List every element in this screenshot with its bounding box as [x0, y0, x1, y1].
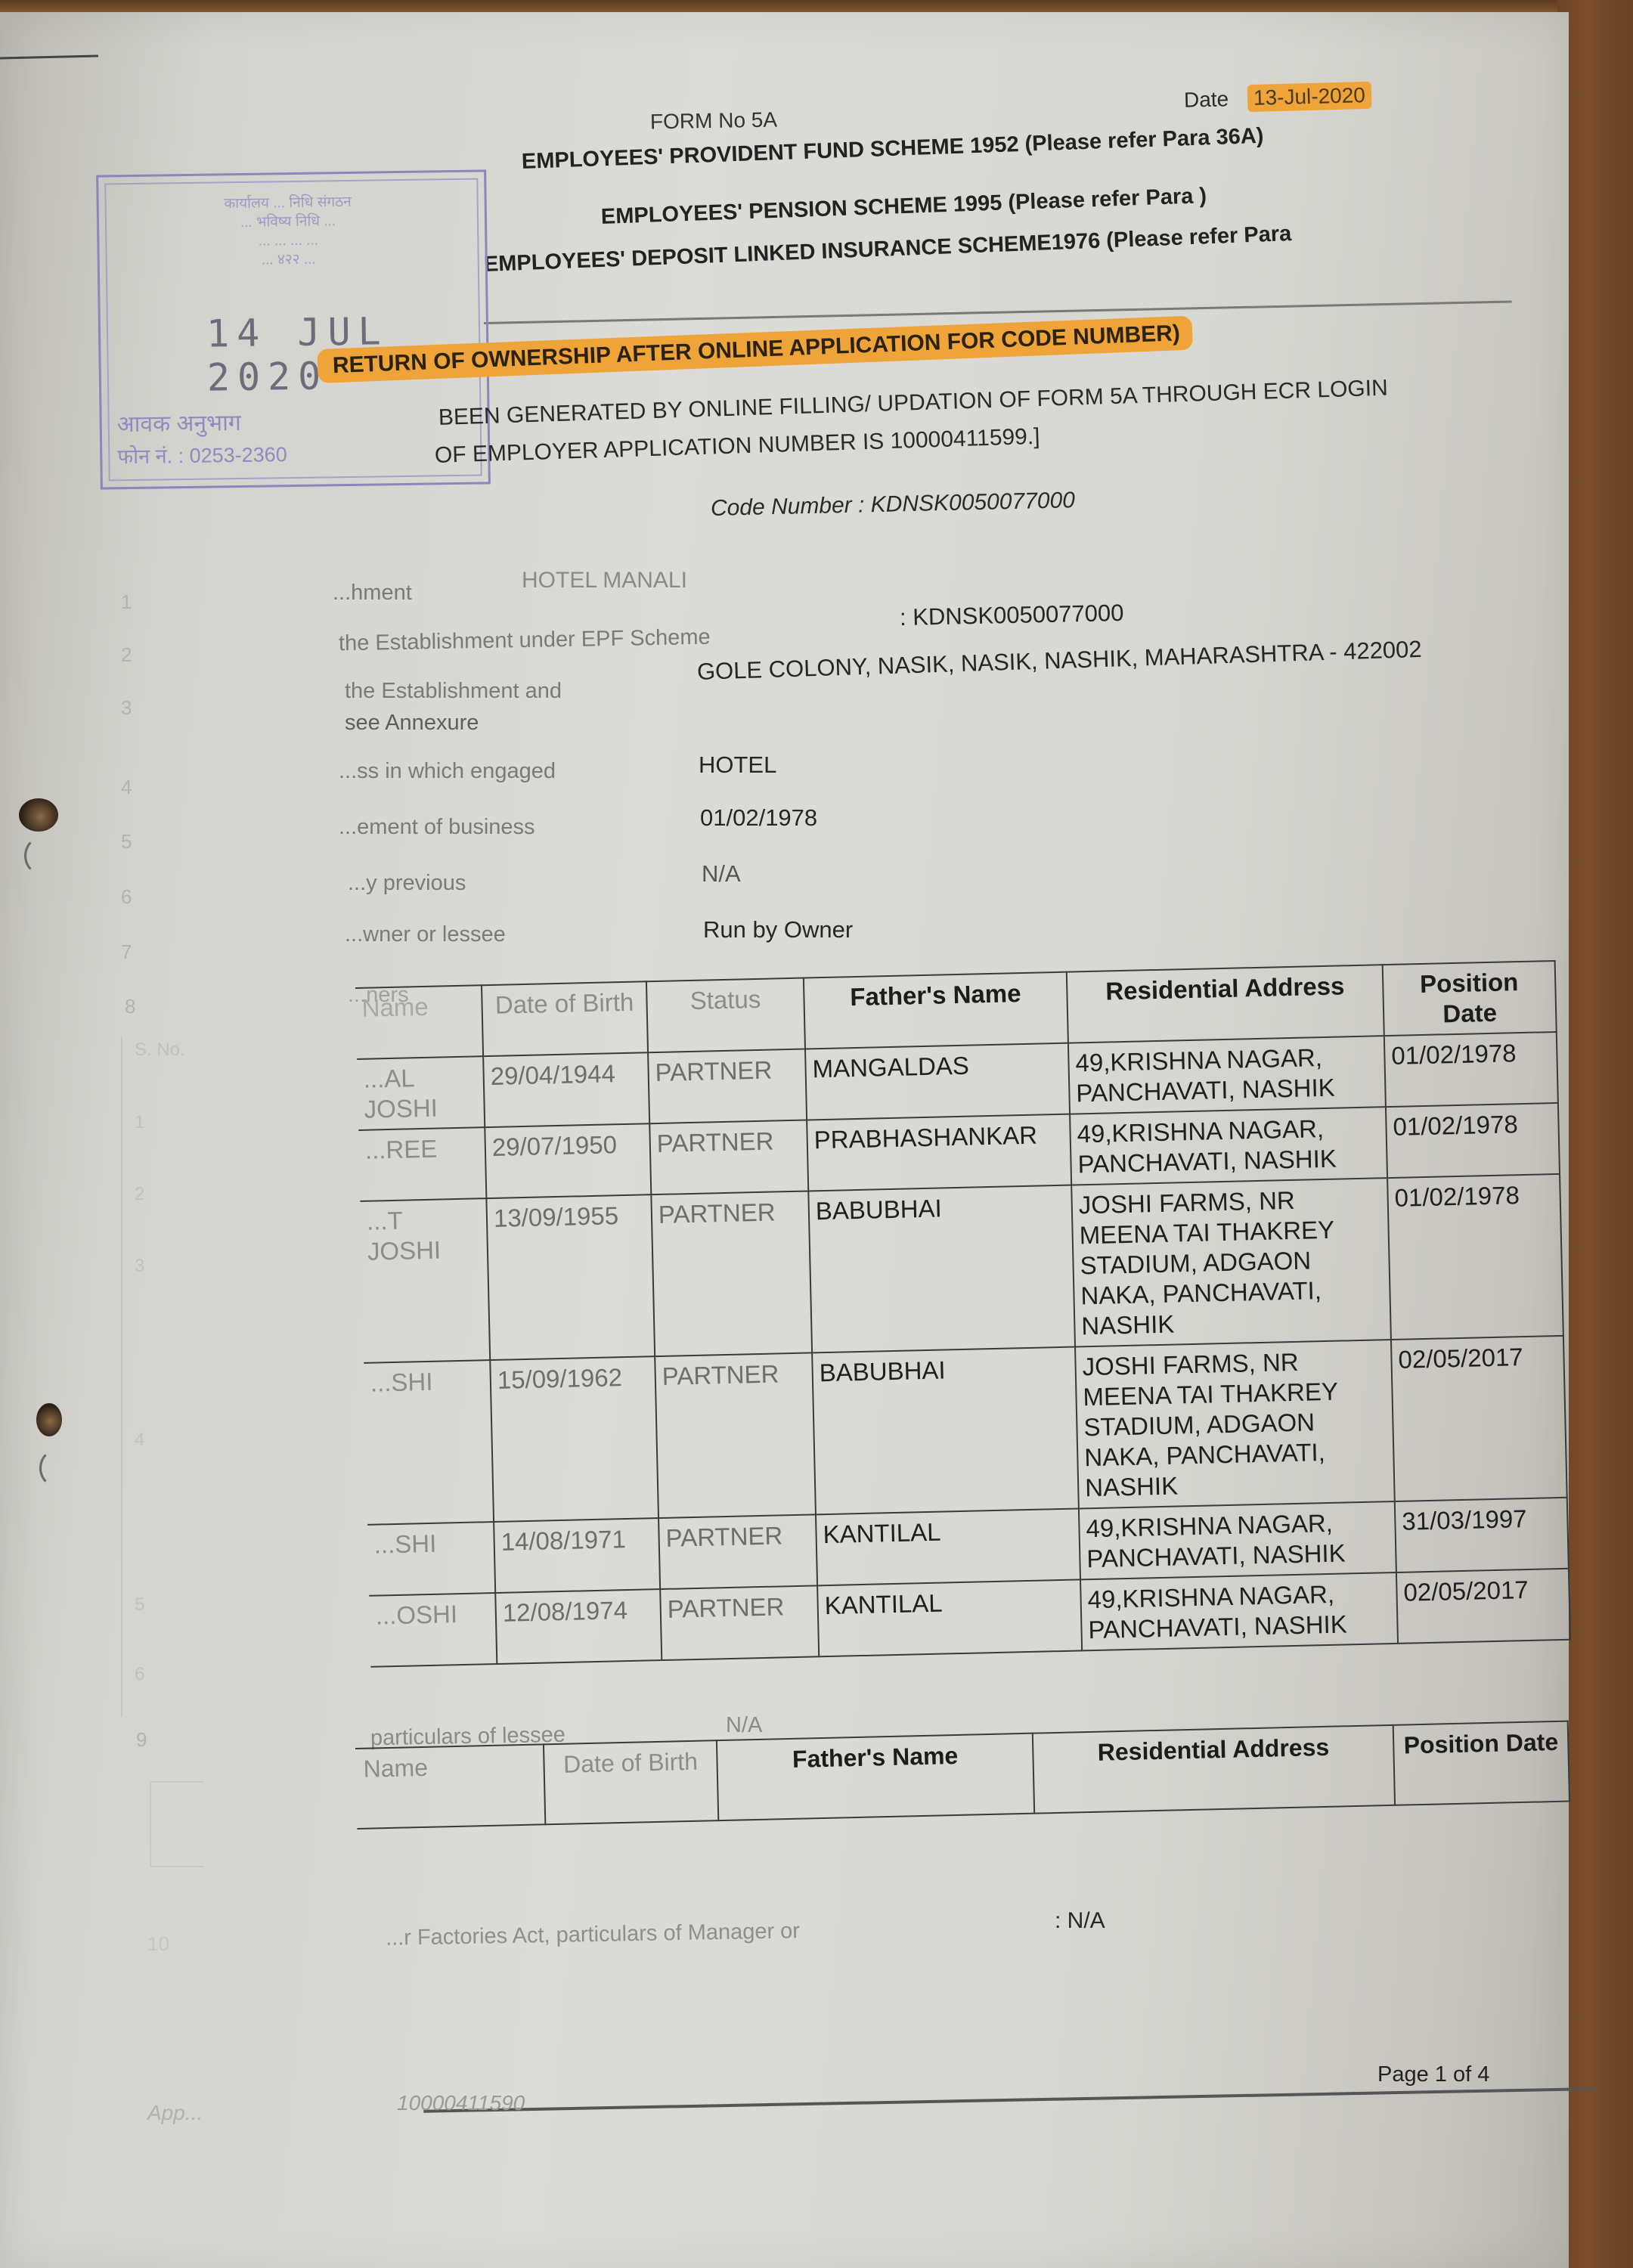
field-value-owner-lessee: Run by Owner — [703, 916, 853, 943]
field-label-code: the Establishment under EPF Scheme — [339, 625, 711, 657]
cell-name: ...OSHI — [369, 1593, 497, 1667]
col-header-dob: Date of Birth — [482, 981, 648, 1056]
field-value-industry: HOTEL — [699, 751, 776, 779]
field-value-factories: : N/A — [1055, 1908, 1105, 1934]
cell-dob: 29/07/1950 — [485, 1123, 651, 1198]
footer-app-label: App... — [147, 2101, 203, 2125]
cell-status: PARTNER — [648, 1049, 807, 1124]
cell-address: JOSHI FARMS, NR MEENA TAI THAKREY STADIU… — [1075, 1340, 1395, 1508]
field-label-establishment-name: ...hment — [333, 581, 412, 606]
field-value-address: GOLE COLONY, NASIK, NASIK, NASHIK, MAHAR… — [696, 636, 1422, 686]
inward-stamp: कार्यालय ... निधि संगठन ... भविष्य निधि … — [96, 169, 491, 489]
stamp-department: आवक अनुभाग — [116, 406, 241, 438]
col-header-father: Father's Name — [717, 1734, 1034, 1820]
cell-status: PARTNER — [651, 1191, 812, 1356]
field-number: 3 — [121, 696, 132, 720]
col-header-name: Name — [355, 985, 483, 1059]
cell-status: PARTNER — [658, 1514, 817, 1589]
generated-note-line2: OF EMPLOYER APPLICATION NUMBER IS 100004… — [434, 424, 1040, 469]
field-label-annexure: see Annexure — [345, 711, 479, 736]
field-value-lessee: N/A — [726, 1713, 762, 1738]
field-number: 1 — [121, 590, 132, 614]
col-header-father: Father's Name — [804, 972, 1068, 1049]
cell-address: 49,KRISHNA NAGAR, PANCHAVATI, NASHIK — [1079, 1501, 1396, 1579]
field-number: 5 — [121, 830, 132, 854]
cell-position-date: 01/02/1978 — [1384, 1032, 1558, 1107]
punch-hole-ghost — [24, 836, 61, 875]
background-right — [1557, 0, 1633, 2268]
field-number: 2 — [121, 643, 132, 667]
sno-column: S. No. 1 2 3 4 5 6 — [121, 1036, 198, 1717]
cell-father: BABUBHAI — [808, 1185, 1075, 1353]
cell-dob: 12/08/1974 — [495, 1589, 662, 1664]
cell-name: ...REE — [358, 1127, 486, 1201]
field-label-commencement: ...ement of business — [339, 815, 535, 840]
col-header-name: Name — [355, 1744, 545, 1829]
cell-dob: 13/09/1955 — [486, 1194, 655, 1360]
cell-father: PRABHASHANKAR — [807, 1114, 1071, 1191]
cell-address: JOSHI FARMS, NR MEENA TAI THAKREY STADIU… — [1071, 1178, 1391, 1346]
punch-hole — [19, 798, 58, 832]
cell-father: KANTILAL — [817, 1579, 1082, 1656]
form-number: FORM No 5A — [650, 108, 778, 135]
cell-dob: 29/04/1944 — [483, 1052, 649, 1127]
footer-app-number: 10000411590 — [397, 2091, 525, 2115]
cell-status: PARTNER — [660, 1585, 819, 1660]
field-label-owner-lessee: ...wner or lessee — [345, 922, 506, 947]
punch-hole-ghost — [39, 1448, 76, 1488]
cell-position-date: 01/02/1978 — [1386, 1103, 1560, 1178]
field-number: 8 — [125, 995, 135, 1018]
col-header-address: Residential Address — [1067, 965, 1384, 1043]
code-number: Code Number : KDNSK0050077000 — [711, 488, 1076, 522]
punch-hole — [36, 1403, 62, 1436]
field-number: 6 — [121, 885, 132, 909]
page-number: Page 1 of 4 — [1377, 2062, 1489, 2087]
field-value-code: : KDNSK0050077000 — [900, 600, 1124, 631]
stamp-header: कार्यालय ... निधि संगठन ... भविष्य निधि … — [152, 192, 425, 271]
col-header-address: Residential Address — [1033, 1725, 1396, 1814]
partners-table: Name Date of Birth Status Father's Name … — [355, 960, 1571, 1668]
table-row: ...T JOSHI13/09/1955PARTNERBABUBHAIJOSHI… — [360, 1174, 1563, 1363]
field-label-previous: ...y previous — [348, 871, 466, 896]
cell-name: ...SHI — [364, 1360, 494, 1525]
cell-address: 49,KRISHNA NAGAR, PANCHAVATI, NASHIK — [1080, 1572, 1398, 1650]
cell-status: PARTNER — [655, 1352, 816, 1518]
date-value: 13-Jul-2020 — [1247, 82, 1372, 112]
cell-father: BABUBHAI — [812, 1347, 1079, 1515]
cell-position-date: 01/02/1978 — [1387, 1174, 1563, 1340]
scheme-edli: EMPLOYEES' DEPOSIT LINKED INSURANCE SCHE… — [483, 222, 1291, 277]
cell-father: KANTILAL — [816, 1508, 1080, 1585]
field-number: 10 — [147, 1932, 169, 1956]
field-number: 9 — [136, 1728, 147, 1752]
col-header-position-date: Position Date — [1393, 1721, 1569, 1805]
cell-father: MANGALDAS — [805, 1043, 1070, 1120]
cell-name: ...SHI — [367, 1522, 495, 1596]
field-label-factories: ...r Factories Act, particulars of Manag… — [386, 1919, 800, 1951]
field-label-address: the Establishment and — [345, 679, 562, 704]
divider — [484, 301, 1512, 324]
scheme-eps: EMPLOYEES' PENSION SCHEME 1995 (Please r… — [600, 184, 1207, 230]
field-value-previous: N/A — [702, 860, 741, 888]
cell-position-date: 02/05/2017 — [1396, 1569, 1570, 1644]
generated-note-line1: BEEN GENERATED BY ONLINE FILLING/ UPDATI… — [438, 376, 1388, 431]
field-label-industry: ...ss in which engaged — [339, 759, 556, 784]
cell-address: 49,KRISHNA NAGAR, PANCHAVATI, NASHIK — [1068, 1036, 1386, 1114]
cell-name: ...T JOSHI — [360, 1198, 490, 1363]
cell-address: 49,KRISHNA NAGAR, PANCHAVATI, NASHIK — [1070, 1107, 1387, 1185]
field-number: 7 — [121, 940, 132, 964]
lessee-sno-box — [150, 1781, 204, 1867]
col-header-position-date: Position Date — [1383, 961, 1557, 1036]
field-value-commencement: 01/02/1978 — [700, 804, 817, 832]
cell-dob: 14/08/1971 — [494, 1518, 660, 1593]
date-label: Date — [1184, 87, 1229, 113]
cell-position-date: 31/03/1997 — [1395, 1498, 1569, 1572]
cell-position-date: 02/05/2017 — [1391, 1336, 1567, 1501]
cell-dob: 15/09/1962 — [490, 1356, 658, 1522]
col-header-status: Status — [646, 978, 805, 1053]
footer-divider — [423, 2087, 1595, 2113]
table-row: ...SHI15/09/1962PARTNERBABUBHAIJOSHI FAR… — [364, 1336, 1566, 1525]
document-page: FORM No 5A Date 13-Jul-2020 EMPLOYEES' P… — [0, 12, 1569, 2268]
scheme-epf: EMPLOYEES' PROVIDENT FUND SCHEME 1952 (P… — [521, 124, 1264, 175]
col-header-dob: Date of Birth — [544, 1740, 719, 1824]
field-number: 4 — [121, 776, 132, 799]
cell-status: PARTNER — [649, 1120, 808, 1194]
cell-name: ...AL JOSHI — [357, 1056, 485, 1130]
pen-mark — [0, 54, 98, 62]
field-value-establishment-name: HOTEL MANALI — [522, 568, 687, 593]
stamp-phone: फोन नं. : 0253-2360 — [117, 439, 287, 469]
